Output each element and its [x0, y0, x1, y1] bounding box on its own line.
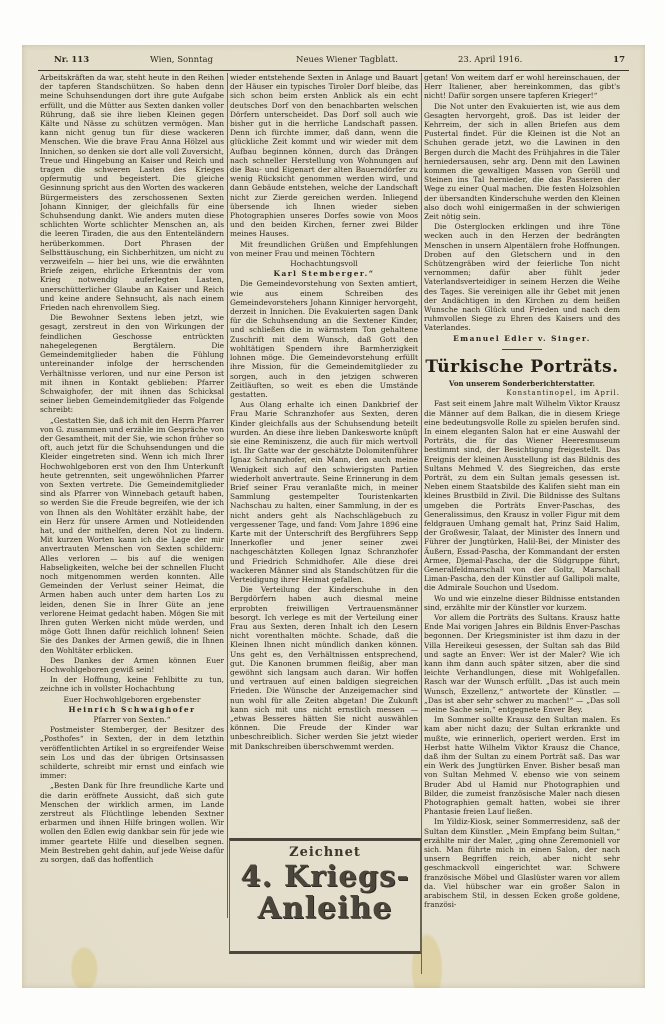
war-loan-advertisement: Zeichnet 4. Kriegs- Anleihe [229, 838, 421, 954]
paragraph: Arbeitskräften da war, steht heute in de… [40, 73, 224, 312]
column-divider [421, 73, 422, 974]
column-2: wieder entstehende Sexten in Anlage und … [230, 73, 418, 876]
paragraph: „Besten Dank für Ihre freundliche Karte … [40, 781, 224, 864]
letter-closing: Hochachtungsvoll [230, 259, 418, 268]
paragraph: „Gestatten Sie, daß ich mit den Herrn Pf… [40, 416, 224, 655]
paragraph: Des Dankes der Armen können Euer Hochwoh… [40, 656, 224, 674]
ad-line-2: 4. Kriegs- [230, 860, 420, 892]
issue-number: Nr. 113 [54, 55, 89, 65]
paragraph: Die Osterglocken erklingen und ihre Töne… [424, 222, 620, 332]
article-subheadline: Von unserem Sonderberichterstatter. [424, 379, 620, 388]
paragraph: Die Gemeindevorstehung von Sexten amtier… [230, 279, 418, 399]
newspaper-title: Neues Wiener Tagblatt. [296, 55, 398, 65]
paragraph: Im Sommer sollte Krausz den Sultan malen… [424, 715, 620, 816]
ad-line-3: Anleihe [230, 892, 420, 926]
column-divider [227, 73, 228, 918]
paragraph: Die Bewohner Sextens leben jetzt, wie ge… [40, 313, 224, 414]
letter-signature: Karl Stemberger.“ [230, 269, 418, 278]
paragraph: Mit freundlichen Grüßen und Empfehlungen… [230, 240, 418, 258]
paragraph: Die Verteilung der Kinderschuhe in den B… [230, 585, 418, 751]
paragraph: Aus Olang erhalte ich einen Dankbrief de… [230, 400, 418, 584]
paragraph: Im Yildiz-Kiosk, seiner Sommerresidenz, … [424, 817, 620, 909]
author-signature: Emanuel Edler v. Singer. [424, 334, 620, 343]
newspaper-page: Nr. 113 Wien, Sonntag Neues Wiener Tagbl… [22, 45, 645, 988]
column-1: Arbeitskräften da war, steht heute in de… [40, 73, 224, 974]
section-rule [502, 349, 542, 350]
paragraph: Fast seit einem Jahre malt Wilhelm Vikto… [424, 399, 620, 592]
article-dateline: Konstantinopel, im April. [424, 389, 620, 398]
letter-closing: Euer Hochwohlgeboren ergebenster [40, 695, 224, 704]
ad-line-1: Zeichnet [230, 845, 420, 860]
paragraph: Vor allem die Porträts des Sultans. Krau… [424, 613, 620, 714]
column-3: getan! Von weitem darf er wohl hereinsch… [424, 73, 620, 974]
signature-title: Pfarrer von Sexten.“ [40, 715, 224, 724]
paragraph: wieder entstehende Sexten in Anlage und … [230, 73, 418, 239]
paragraph: Postmeister Stemberger, der Besitzer des… [40, 725, 224, 780]
issue-date: 23. April 1916. [458, 55, 522, 65]
letter-signature: Heinrich Schwaighofer [40, 705, 224, 714]
paragraph: In der Hoffnung, keine Fehlbitte zu tun,… [40, 675, 224, 693]
page-number: 17 [613, 55, 625, 65]
paragraph: Die Not unter den Evakuierten ist, wie a… [424, 102, 620, 222]
masthead-rule [38, 70, 629, 71]
masthead: Nr. 113 Wien, Sonntag Neues Wiener Tagbl… [38, 55, 631, 69]
article-headline: Türkische Porträts. [424, 356, 620, 378]
paragraph: Wo und wie einzelne dieser Bildnisse ent… [424, 594, 620, 612]
paragraph: getan! Von weitem darf er wohl hereinsch… [424, 73, 620, 101]
place-day: Wien, Sonntag [150, 55, 213, 65]
